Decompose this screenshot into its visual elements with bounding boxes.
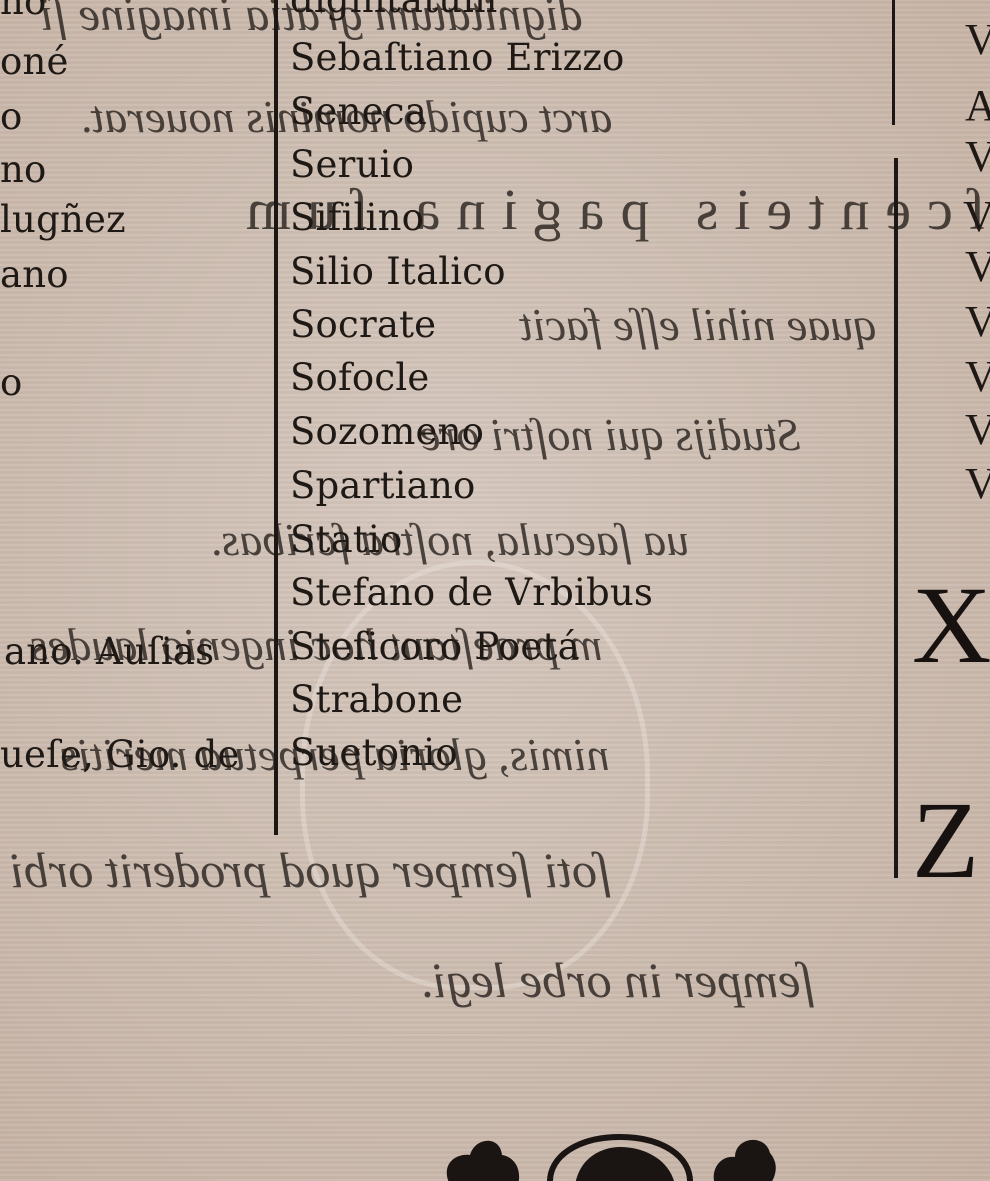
index-entry: Seruio bbox=[290, 145, 414, 185]
index-entry: Sofocle bbox=[290, 358, 429, 398]
index-entry: Spartiano bbox=[290, 466, 475, 506]
section-letter-x: X bbox=[912, 570, 990, 680]
document-page: dignitatum gratia imagine ſi arct cupido… bbox=[0, 0, 990, 1181]
index-entry: Strabone bbox=[290, 680, 463, 720]
right-fragment: V bbox=[965, 462, 990, 506]
show-through-line: quae nihil eſſe facit bbox=[520, 300, 876, 350]
index-entry: Silio Italico bbox=[290, 252, 506, 292]
index-entry: dignitatum bbox=[290, 0, 498, 20]
right-fragment: V bbox=[965, 245, 990, 289]
right-fragment: V bbox=[965, 355, 990, 399]
index-entry: Suetonio bbox=[290, 733, 458, 773]
right-fragment: V bbox=[965, 408, 990, 452]
right-fragment: V bbox=[965, 135, 990, 179]
index-entry: Sozomeno bbox=[290, 412, 484, 452]
left-entry: o bbox=[0, 363, 22, 403]
column-rule-left bbox=[274, 0, 278, 835]
show-through-line: ua ſaecula, noſtra ſcribas. bbox=[210, 515, 689, 565]
left-entry: lugñez bbox=[0, 200, 126, 240]
index-entry: Stefano de Vrbibus bbox=[290, 573, 653, 613]
left-entry: no bbox=[0, 0, 47, 22]
left-entry: o bbox=[0, 97, 22, 137]
left-entry: ueſe, Gio. de bbox=[0, 735, 240, 775]
show-through-line: ſoti ſemper quod proderit orbi bbox=[10, 845, 611, 895]
right-fragment: V bbox=[963, 195, 990, 239]
column-rule-right-top bbox=[892, 0, 895, 125]
show-through-line: ſemper in orbe legi. bbox=[420, 955, 814, 1005]
column-rule-right bbox=[894, 158, 898, 878]
index-entry: Statio bbox=[290, 520, 402, 560]
section-letter-z: Z bbox=[912, 785, 979, 895]
right-fragment: V bbox=[965, 300, 990, 344]
index-entry: Sifilino bbox=[290, 198, 424, 238]
index-entry: Sebaſtiano Erizzo bbox=[290, 38, 625, 78]
index-entry: Seneca bbox=[290, 92, 427, 132]
right-fragment: A bbox=[965, 84, 990, 128]
right-fragment: V bbox=[965, 18, 990, 62]
index-entry: Socrate bbox=[290, 305, 436, 345]
index-entry: Steſicoro Poetá bbox=[290, 627, 580, 667]
left-entry: oné bbox=[0, 42, 69, 82]
printers-ornament-icon bbox=[430, 1125, 780, 1181]
left-entry: ano. Auſias bbox=[4, 632, 214, 672]
left-entry: no bbox=[0, 150, 47, 190]
left-entry: ano bbox=[0, 255, 69, 295]
